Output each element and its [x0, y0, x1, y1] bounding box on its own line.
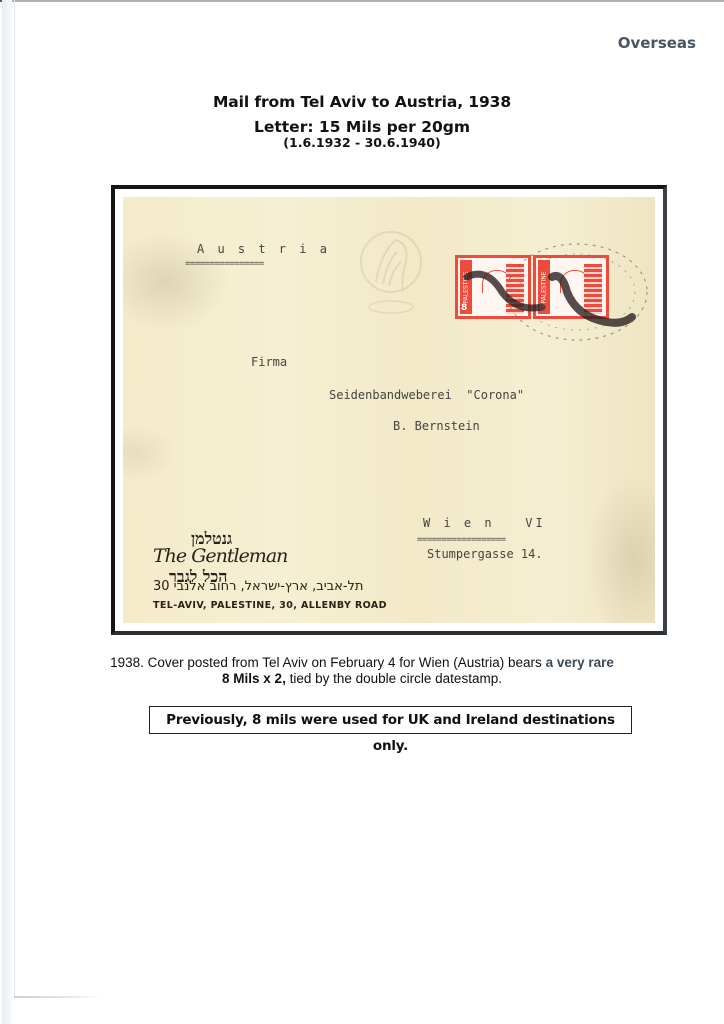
- stamp: PALESTINE 8: [455, 255, 531, 319]
- page-left-edge: [2, 0, 12, 1024]
- stamp-country: PALESTINE: [541, 272, 548, 304]
- caption-text-end: tied by the double circle datestamp.: [286, 671, 502, 686]
- caption-text: 1938. Cover posted from Tel Aviv on Febr…: [110, 655, 545, 670]
- stamp-country: PALESTINE: [463, 272, 470, 304]
- caption-bold: 8 Mils x 2,: [222, 671, 286, 686]
- destination-country: A u s t r i a: [197, 242, 330, 256]
- title-block: Mail from Tel Aviv to Austria, 1938 Lett…: [0, 93, 724, 150]
- stamp: PALESTINE 8: [533, 255, 609, 319]
- cover-frame: A u s t r i a ================ PALESTINE…: [111, 185, 667, 635]
- page-bottom-rule: [14, 996, 104, 998]
- lion-watermark-icon: [351, 222, 431, 322]
- destination-underline: ================: [185, 259, 264, 269]
- sender-address-hebrew: תל-אביב, ארץ-ישראל, רחוב אלנבי 30: [153, 579, 363, 594]
- rate-period: (1.6.1932 - 30.6.1940): [0, 135, 724, 150]
- page-top-edge: [0, 0, 724, 2]
- stamp-pair: PALESTINE 8 PALESTINE 8: [455, 255, 609, 319]
- firm-name: Seidenbandweberei "Corona": [329, 388, 524, 402]
- caption-highlight: a very rare: [546, 655, 614, 670]
- section-tag: Overseas: [618, 34, 696, 52]
- page-title: Mail from Tel Aviv to Austria, 1938: [0, 93, 724, 111]
- sender-address-latin: TEL-AVIV, PALESTINE, 30, ALLENBY ROAD: [153, 600, 387, 611]
- cover-caption: 1938. Cover posted from Tel Aviv on Febr…: [0, 655, 724, 687]
- city-underline: ==================: [417, 535, 506, 545]
- page-subtitle: Letter: 15 Mils per 20gm: [0, 118, 724, 136]
- cover-image: A u s t r i a ================ PALESTINE…: [123, 197, 655, 623]
- stamp-value: 8: [539, 303, 545, 313]
- stamp-building-icon: [506, 264, 524, 314]
- destination-city: W i e n VI: [423, 516, 546, 530]
- note-box: Previously, 8 mils were used for UK and …: [149, 706, 632, 734]
- addressee-prefix: Firma: [251, 355, 287, 369]
- stamp-building-icon: [584, 264, 602, 314]
- contact-name: B. Bernstein: [393, 419, 480, 433]
- logo-script-name: The Gentleman: [153, 545, 287, 567]
- street-address: Stumpergasse 14.: [427, 547, 543, 561]
- stamp-value: 8: [461, 303, 467, 313]
